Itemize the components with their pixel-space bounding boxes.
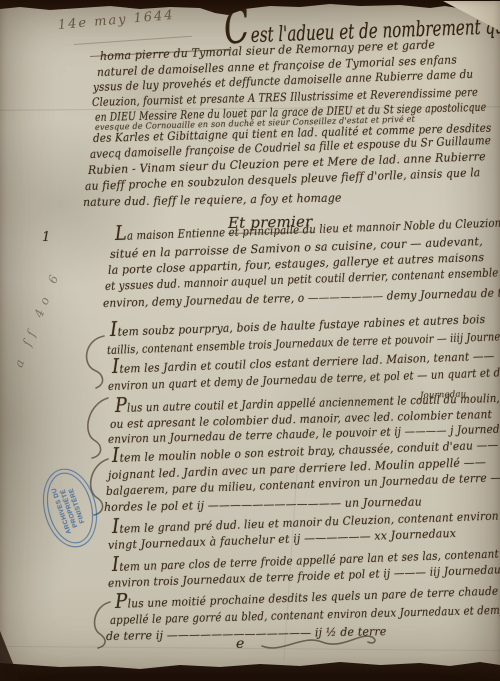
item-marker: 1 xyxy=(42,230,50,245)
manuscript-photo: 14e may 1644 Cest l'adueu et de nombreme… xyxy=(0,0,500,681)
title-initial-swash: C xyxy=(224,24,249,29)
flourish-letter: e xyxy=(236,636,245,652)
